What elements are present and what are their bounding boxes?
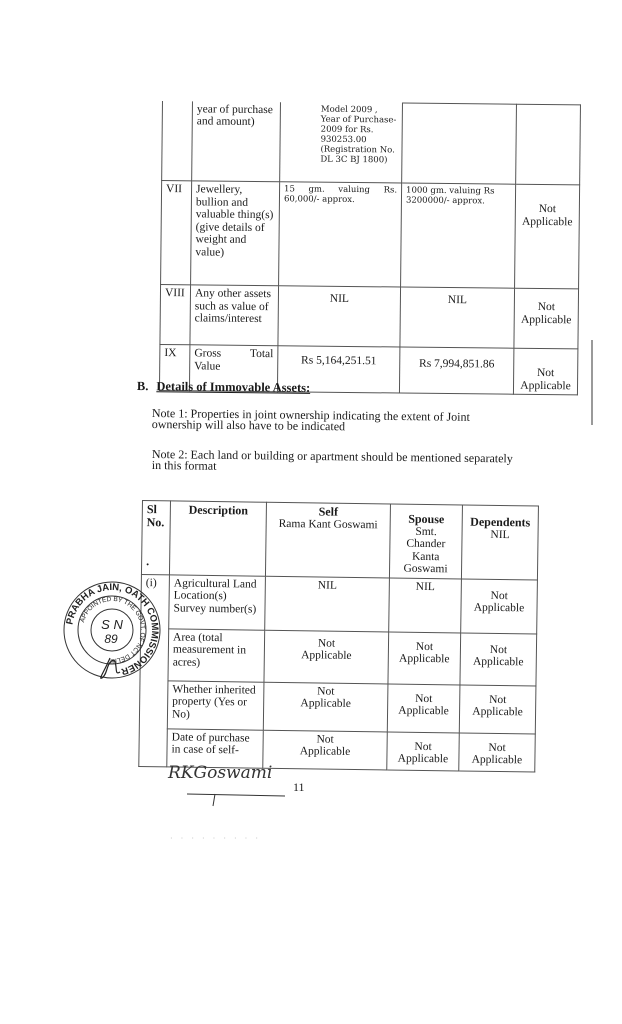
header-dependents: Dependents NIL bbox=[461, 505, 538, 580]
signature: RKGoswami bbox=[168, 763, 272, 783]
table-header-row: Sl No. . Description Self Rama Kant Gosw… bbox=[141, 501, 538, 580]
note-1: Note 1: Properties in joint ownership in… bbox=[152, 408, 522, 435]
margin-mark bbox=[591, 340, 593, 425]
document-page: year of purchase and amount) Model 2009 … bbox=[0, 0, 622, 1024]
dependents-cell: Not Applicable bbox=[515, 184, 580, 289]
description-cell: Whether inherited property (Yes or No) bbox=[167, 680, 264, 729]
table-row: year of purchase and amount) Model 2009 … bbox=[162, 101, 581, 185]
self-cell: Not Applicable bbox=[263, 682, 388, 732]
section-letter: B. bbox=[137, 379, 149, 393]
dependents-cell: Not Applicable bbox=[459, 684, 536, 733]
header-spouse: Spouse Smt. Chander Kanta Goswami bbox=[389, 504, 462, 578]
spouse-cell: Not Applicable bbox=[387, 731, 460, 770]
spouse-cell: NIL bbox=[400, 287, 515, 348]
description-cell: Area (total measurement in acres) bbox=[168, 628, 265, 681]
oath-commissioner-stamp: PRABHA JAIN, OATH COMMISSIONER APPOINTED… bbox=[62, 580, 162, 680]
table-row: (i) Agricultural Land Location(s) Survey… bbox=[141, 574, 538, 634]
self-cell: Not Applicable bbox=[264, 630, 389, 684]
table-row: VIII Any other assets such as value of c… bbox=[160, 284, 579, 348]
description-cell: Any other assets such as value of claims… bbox=[190, 285, 279, 346]
spouse-cell: 1000 gm. valuing Rs 3200000/- approx. bbox=[401, 183, 516, 288]
spouse-cell bbox=[402, 103, 517, 184]
spouse-cell: Not Applicable bbox=[388, 631, 461, 684]
header-sl-mark: . bbox=[146, 555, 149, 568]
section-title: Details of Immovable Assets: bbox=[156, 379, 310, 395]
dependents-cell: Not Applicable bbox=[461, 578, 538, 633]
description-cell: Jewellery, bullion and valuable thing(s)… bbox=[191, 181, 280, 286]
stamp-center-line2: 89 bbox=[104, 632, 118, 646]
header-self: Self Rama Kant Goswami bbox=[265, 502, 390, 577]
description-cell: Agricultural Land Location(s) Survey num… bbox=[169, 574, 266, 629]
description-cell: year of purchase and amount) bbox=[192, 101, 281, 182]
stamp-seal-icon: PRABHA JAIN, OATH COMMISSIONER APPOINTED… bbox=[62, 580, 162, 680]
table-row: Area (total measurement in acres) Not Ap… bbox=[140, 628, 537, 686]
dependents-cell: Not Applicable bbox=[459, 732, 536, 771]
sl-cell: VII bbox=[161, 181, 192, 285]
header-description: Description bbox=[169, 501, 266, 576]
movable-assets-table: year of purchase and amount) Model 2009 … bbox=[159, 100, 581, 395]
dependents-cell: Not Applicable bbox=[514, 288, 579, 349]
table-row: Whether inherited property (Yes or No) N… bbox=[139, 680, 536, 734]
note-2: Note 2: Each land or building or apartme… bbox=[152, 449, 522, 476]
immovable-assets-table: Sl No. . Description Self Rama Kant Gosw… bbox=[138, 500, 539, 772]
table-row: VII Jewellery, bullion and valuable thin… bbox=[161, 181, 580, 289]
dependents-cell: Not Applicable bbox=[460, 632, 537, 685]
sl-cell: VIII bbox=[160, 284, 191, 344]
sl-cell bbox=[162, 101, 193, 181]
self-cell: NIL bbox=[265, 576, 390, 632]
spouse-cell: NIL bbox=[389, 577, 462, 632]
self-cell: NIL bbox=[278, 286, 401, 347]
section-b-heading: B.Details of Immovable Assets: bbox=[137, 379, 310, 396]
self-cell: 15 gm. valuing Rs. 60,000/- approx. bbox=[279, 182, 402, 287]
spouse-cell: Rs 7,994,851.86 bbox=[399, 347, 513, 394]
stamp-center-line1: S N bbox=[101, 617, 123, 632]
self-cell: Not Applicable bbox=[263, 730, 388, 770]
self-cell: Model 2009 , Year of Purchase-2009 for R… bbox=[280, 102, 403, 183]
dependents-cell: Not Applicable bbox=[513, 348, 577, 395]
header-sl: Sl No. . bbox=[141, 501, 170, 575]
description-cell: Date of purchase in case of self- bbox=[167, 728, 264, 767]
signature-underline bbox=[185, 790, 305, 810]
spouse-cell: Not Applicable bbox=[387, 683, 460, 732]
page-number: 11 bbox=[293, 780, 305, 795]
scan-artifact: · · · · · · · · · bbox=[170, 834, 261, 843]
dependents-cell bbox=[516, 104, 581, 185]
